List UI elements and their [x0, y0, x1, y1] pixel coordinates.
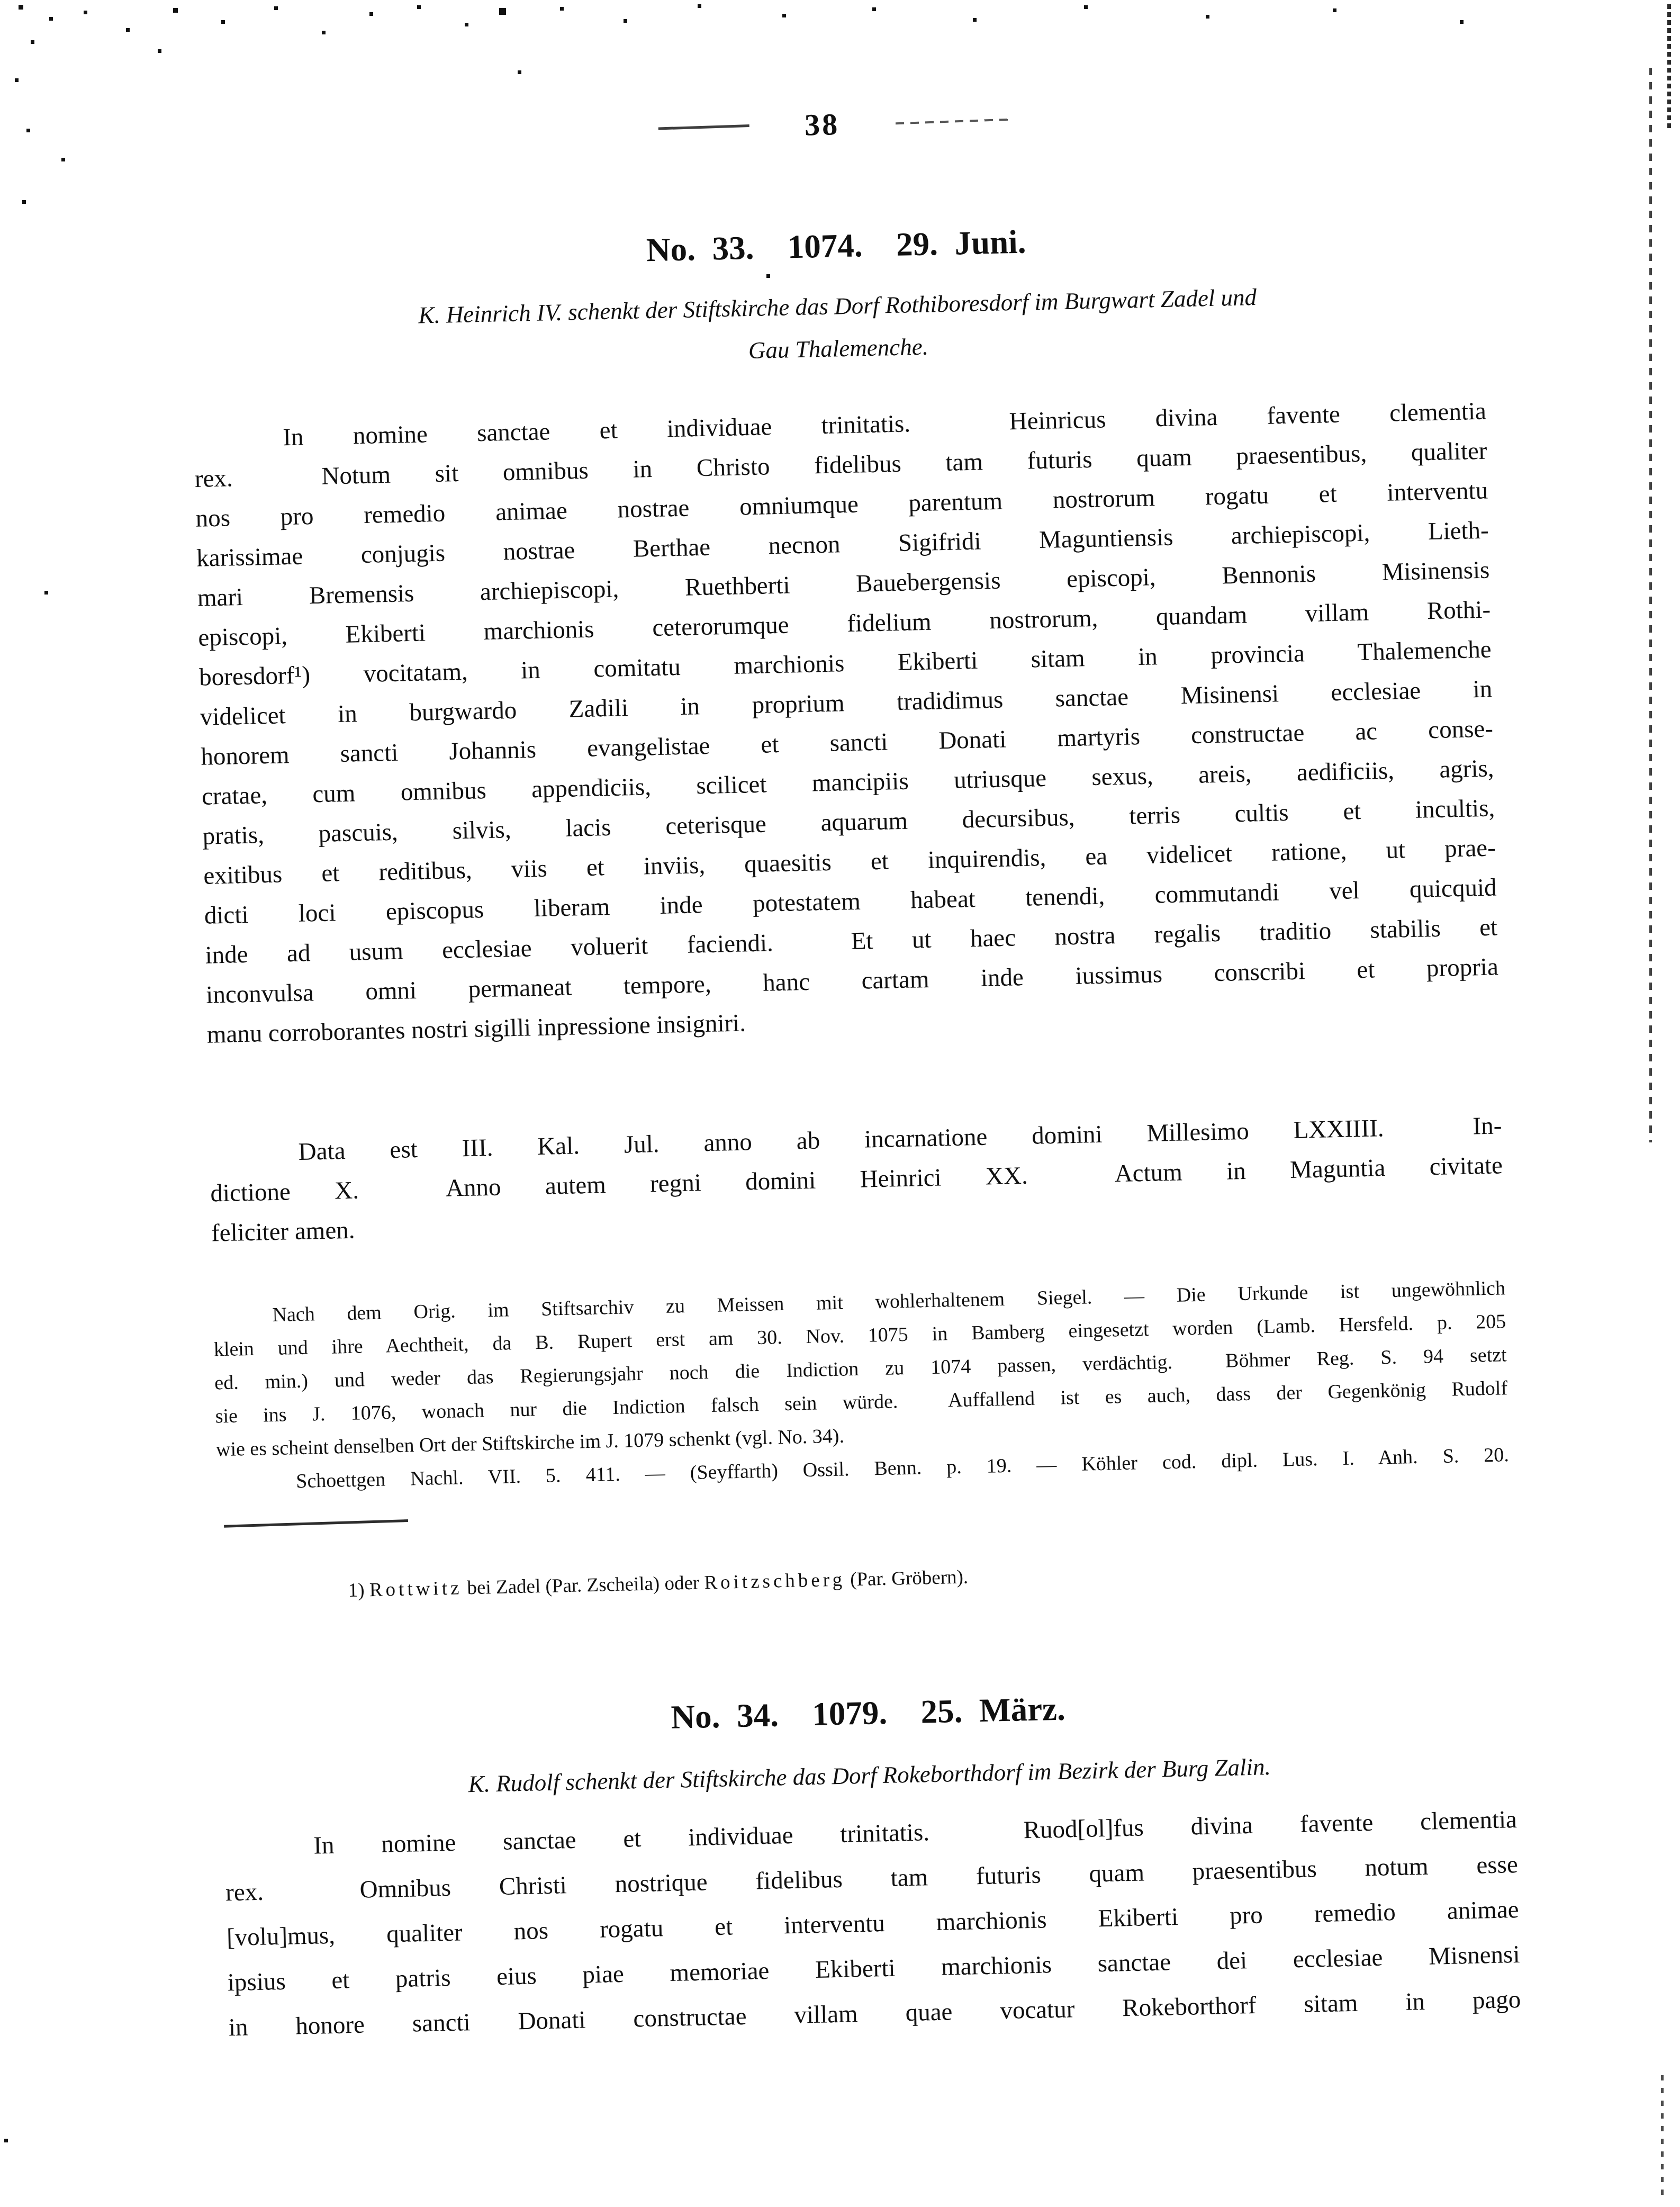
footnote-separator: [224, 1519, 408, 1528]
footnote-marker: 1): [348, 1579, 369, 1601]
summary-line: K. Rudolf schenkt der Stiftskirche das D…: [223, 1740, 1516, 1810]
charter-entry-33: No. 33. 1074. 29. Juni. K. Heinrich IV. …: [189, 208, 1511, 1578]
page-header: 38: [187, 91, 1480, 157]
page-content: 38 No. 33. 1074. 29. Juni. K. Heinrich I…: [185, 0, 1521, 2050]
charter-34-summary: K. Rudolf schenkt der Stiftskirche das D…: [223, 1740, 1516, 1810]
charter-entry-34: No. 34. 1079. 25. März. K. Rudolf schenk…: [221, 1674, 1521, 2050]
scanned-page: 38 No. 33. 1074. 29. Juni. K. Heinrich I…: [0, 0, 1680, 2207]
place-name-rottwitz: Rottwitz: [369, 1577, 462, 1601]
scan-edge-artifact-top-right: [1667, 4, 1671, 131]
footnote-text: bei Zadel (Par. Zscheila) oder: [462, 1572, 704, 1599]
footnote-text: (Par. Gröbern).: [845, 1566, 968, 1591]
header-rule-left: [658, 124, 749, 130]
place-name-roitzschberg: Roitzschberg: [704, 1569, 845, 1594]
charter-33-summary: K. Heinrich IV. schenkt der Stiftskirche…: [191, 271, 1485, 384]
charter-34-text: In nomine sanctae et individuae trinitat…: [224, 1797, 1521, 2050]
footnote-1: 1) Rottwitz bei Zadel (Par. Zscheila) od…: [308, 1518, 1511, 1576]
charter-33-editorial-notes: Nach dem Orig. im Stiftsarchiv zu Meisse…: [213, 1272, 1510, 1500]
charter-33-heading: No. 33. 1074. 29. Juni.: [189, 208, 1483, 284]
scan-edge-artifact-right-gutter: [1649, 68, 1652, 1142]
charter-33-text: In nomine sanctae et individuae trinitat…: [194, 392, 1504, 1254]
page-number: 38: [804, 106, 839, 142]
charter-34-heading: No. 34. 1079. 25. März.: [221, 1674, 1514, 1751]
scan-edge-artifact-bottom-right: [1661, 2075, 1664, 2200]
header-rule-right: [895, 119, 1009, 125]
scan-noise-speckles: [0, 0, 2, 2]
